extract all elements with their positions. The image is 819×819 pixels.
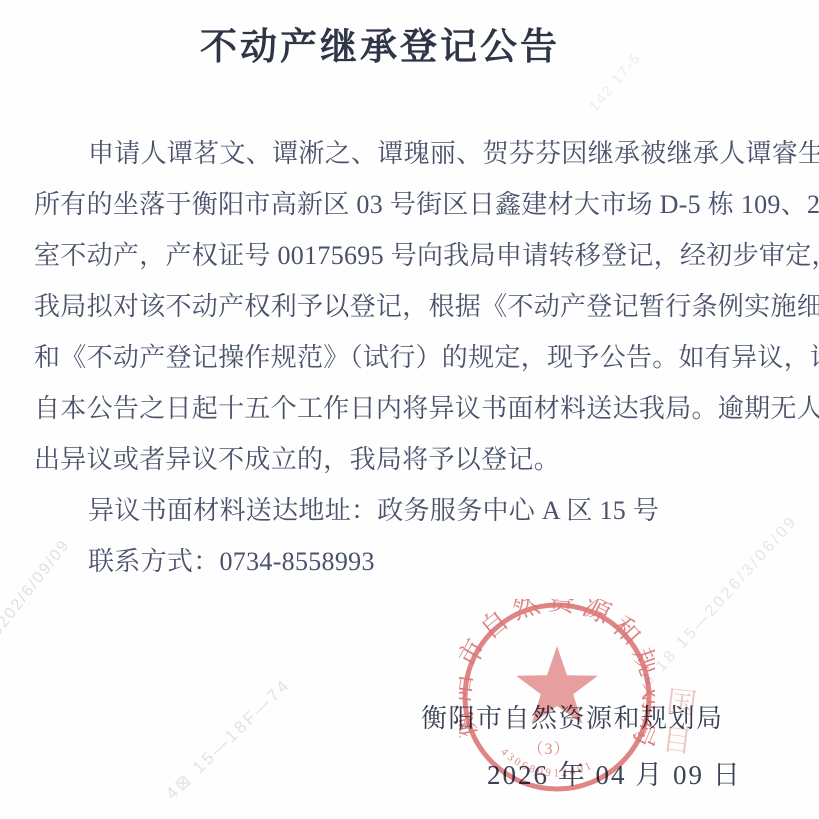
- body-line: 申请人谭茗文、谭淅之、谭瑰丽、贺芬芬因继承被继承人谭睿生前: [34, 128, 804, 179]
- announcement-body: 申请人谭茗文、谭淅之、谭瑰丽、贺芬芬因继承被继承人谭睿生前 所有的坐落于衡阳市高…: [34, 128, 804, 587]
- star-icon: [516, 646, 598, 724]
- official-seal-graphic: 衡阳市自然资源和规划局 （3） 430680912491: [459, 599, 655, 795]
- body-line: 我局拟对该不动产权利予以登记，根据《不动产登记暂行条例实施细则》: [34, 281, 804, 332]
- page-title: 不动产继承登记公告: [20, 16, 740, 70]
- body-line: 室不动产，产权证号 00175695 号向我局申请转移登记，经初步审定，: [34, 230, 804, 281]
- body-line: 自本公告之日起十五个工作日内将异议书面材料送达我局。逾期无人提: [34, 383, 804, 434]
- body-line: 所有的坐落于衡阳市高新区 03 号街区日鑫建材大市场 D-5 栋 109、209: [34, 179, 804, 230]
- official-seal: 衡阳市自然资源和规划局 （3） 430680912491: [459, 599, 655, 795]
- body-line: 出异议或者异议不成立的，我局将予以登记。: [34, 434, 804, 485]
- contact-phone-line: 联系方式：0734-8558993: [34, 536, 804, 587]
- delivery-address-line: 异议书面材料送达地址：政务服务中心 A 区 15 号: [34, 485, 804, 536]
- bleedthrough-watermark-bottom-left: 4⊠ 15—18F—74: [162, 675, 295, 804]
- scanned-document-page: 0202/6/09/09 4⊠ 15—18F—74 6 18 15—2026/3…: [0, 0, 819, 819]
- seal-sub-number: （3）: [527, 741, 570, 758]
- body-line: 和《不动产登记操作规范》（试行）的规定，现予公告。如有异议，请: [34, 332, 804, 383]
